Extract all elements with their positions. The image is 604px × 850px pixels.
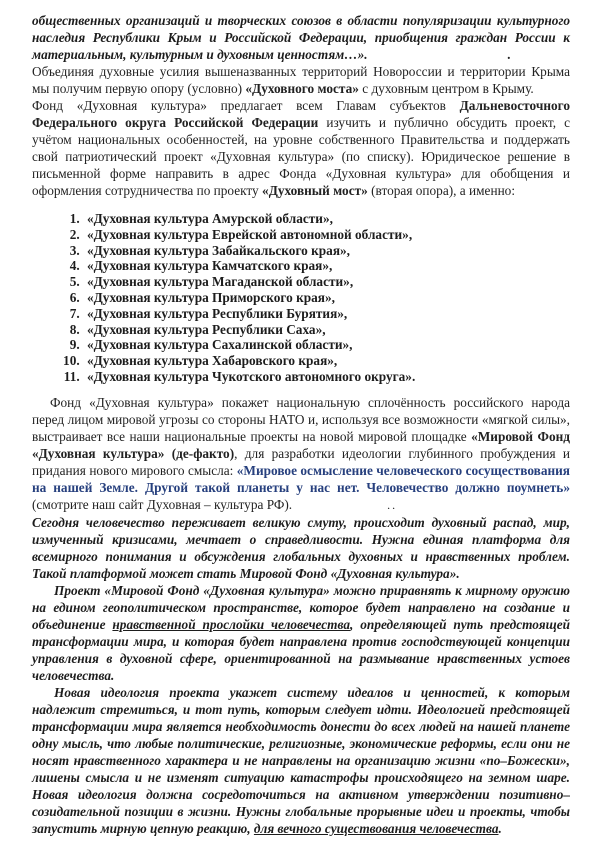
regions-list: «Духовная культура Амурской области», «Д…	[32, 211, 570, 385]
text-run: (вторая опора), а именно:	[368, 183, 515, 198]
text-run: Фонд «Духовная культура» предлагает всем…	[32, 98, 460, 113]
paragraph-new-ideology: Новая идеология проекта укажет систему и…	[32, 684, 570, 837]
list-item-zabaykalsky: «Духовная культура Забайкальского края»,	[83, 243, 570, 259]
text-run: с духовным центром в Крыму.	[359, 81, 534, 96]
list-item-kamchatka: «Духовная культура Камчатского края»,	[83, 258, 570, 274]
list-item-amur: «Духовная культура Амурской области»,	[83, 211, 570, 227]
document-page: общественных организаций и творческих со…	[0, 0, 604, 850]
underlined-run-moral-layer: нравственной прослойки человечества	[112, 617, 350, 632]
list-item-chukotka: «Духовная культура Чукотского автономног…	[83, 369, 570, 385]
text-run: Новая идеология проекта укажет систему и…	[32, 685, 570, 836]
list-item-sakha: «Духовная культура Республики Саха»,	[83, 322, 570, 338]
text-run: .	[499, 821, 502, 836]
text-run: Сегодня человечество переживает великую …	[32, 515, 570, 581]
stray-dots: ..	[387, 498, 397, 512]
paragraph-peaceful-weapon: Проект «Мировой Фонд «Духовная культура»…	[32, 582, 570, 684]
stray-period: .	[508, 47, 511, 62]
text-run: (смотрите наш сайт Духовная – культура Р…	[32, 497, 292, 512]
list-item-jewish-autonomous: «Духовная культура Еврейской автономной …	[83, 227, 570, 243]
paragraph-world-turmoil: Сегодня человечество переживает великую …	[32, 514, 570, 582]
list-item-primorsky: «Духовная культура Приморского края»,	[83, 290, 570, 306]
text-run: общественных организаций и творческих со…	[32, 13, 570, 62]
paragraph-heritage-quote-end: общественных организаций и творческих со…	[32, 12, 570, 63]
paragraph-fund-proposal: Фонд «Духовная культура» предлагает всем…	[32, 97, 570, 199]
list-item-magadan: «Духовная культура Магаданской области»,	[83, 274, 570, 290]
underlined-run-eternal-existence: для вечного существования человечества	[254, 821, 499, 836]
paragraph-spiritual-bridge: Объединяя духовные усилия вышеназванных …	[32, 63, 570, 97]
bold-run-spiritual-bridge: «Духовного моста»	[245, 81, 359, 96]
list-item-khabarovsk: «Духовная культура Хабаровского края»,	[83, 353, 570, 369]
bold-run-spiritual-bridge-project: «Духовный мост»	[262, 183, 368, 198]
list-item-buryatia: «Духовная культура Республики Бурятия»,	[83, 306, 570, 322]
list-item-sakhalin: «Духовная культура Сахалинской области»,	[83, 337, 570, 353]
paragraph-world-fund: Фонд «Духовная культура» покажет национа…	[32, 394, 570, 514]
